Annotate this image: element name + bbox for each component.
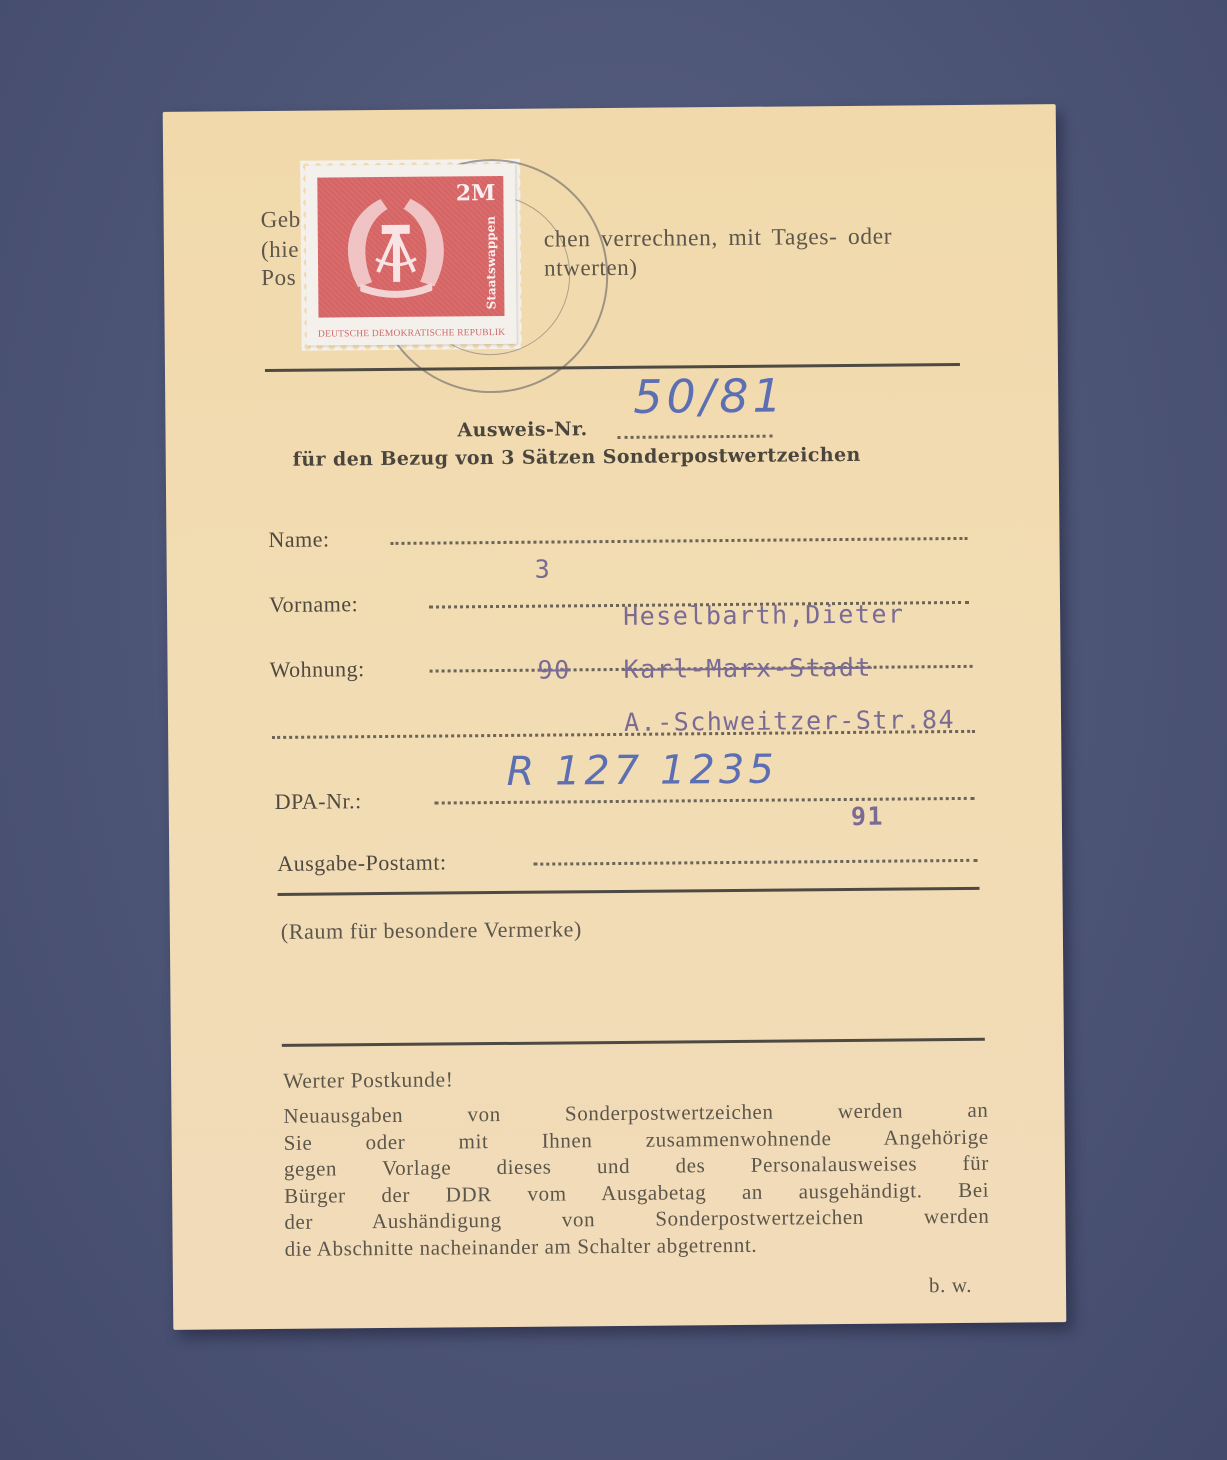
vorname-label: Vorname: [269,591,358,618]
postage-stamp: 2M Staatswappen DEUTSCHE DEMOKRATISCHE R… [305,164,517,346]
ausweis-label: Ausweis-Nr. [457,418,587,441]
name-label: Name: [268,526,329,553]
ausgabe-postamt-dotted-line [533,859,977,866]
vorname-value: Heselbarth,Dieter [623,599,905,630]
wohnung-zip: 90 [537,655,570,684]
ausweis-card: Geb (hie chen verrechnen, mit Tages- ode… [163,104,1067,1330]
stamp-design: 2M Staatswappen [317,176,504,318]
notice-body: Neuausgaben von Sonderpostwertzeichen we… [283,1097,989,1262]
ausgabe-postamt-value: 91 [851,802,884,831]
stamp-value: 2M [456,180,496,206]
ausweis-subtitle: für den Bezug von 3 Sätzen Sonderpostwer… [293,444,861,471]
ausgabe-postamt-label: Ausgabe-Postamt: [277,849,447,876]
dpa-number-handwritten: R 127 1235 [506,747,778,795]
lower-divider [282,1038,985,1047]
notice-greeting: Werter Postkunde! [283,1067,453,1093]
stamp-side-text: Staatswappen [484,216,499,309]
dpa-label: DPA-Nr.: [275,788,362,815]
ausweis-dotted-line [618,435,773,439]
remarks-label: (Raum für besondere Vermerke) [281,916,582,945]
stamp-country: DEUTSCHE DEMOKRATISCHE REPUBLIK [307,328,517,340]
name-value: 3 [535,555,552,584]
notice-line: die Abschnitte nacheinander am Schalter … [285,1229,990,1262]
top-divider [265,363,960,372]
ausweis-number-handwritten: 50/81 [633,368,786,423]
wohnung-label: Wohnung: [269,656,364,683]
header-line-2-right: chen verrechnen, mit Tages- oder [544,224,893,254]
notice-footer-bw: b. w. [929,1273,972,1298]
header-line-2-left: (hie [261,237,299,263]
middle-divider [278,887,980,896]
wohnung-city: Karl-Marx-Stadt [623,653,872,684]
ddr-emblem-icon [335,186,456,307]
header-line-3-left: Pos [261,265,296,291]
name-dotted-line [390,537,967,545]
header-line-3-right: ntwerten) [544,255,638,282]
dpa-dotted-line [435,797,975,805]
header-line-1: Geb [261,207,301,233]
